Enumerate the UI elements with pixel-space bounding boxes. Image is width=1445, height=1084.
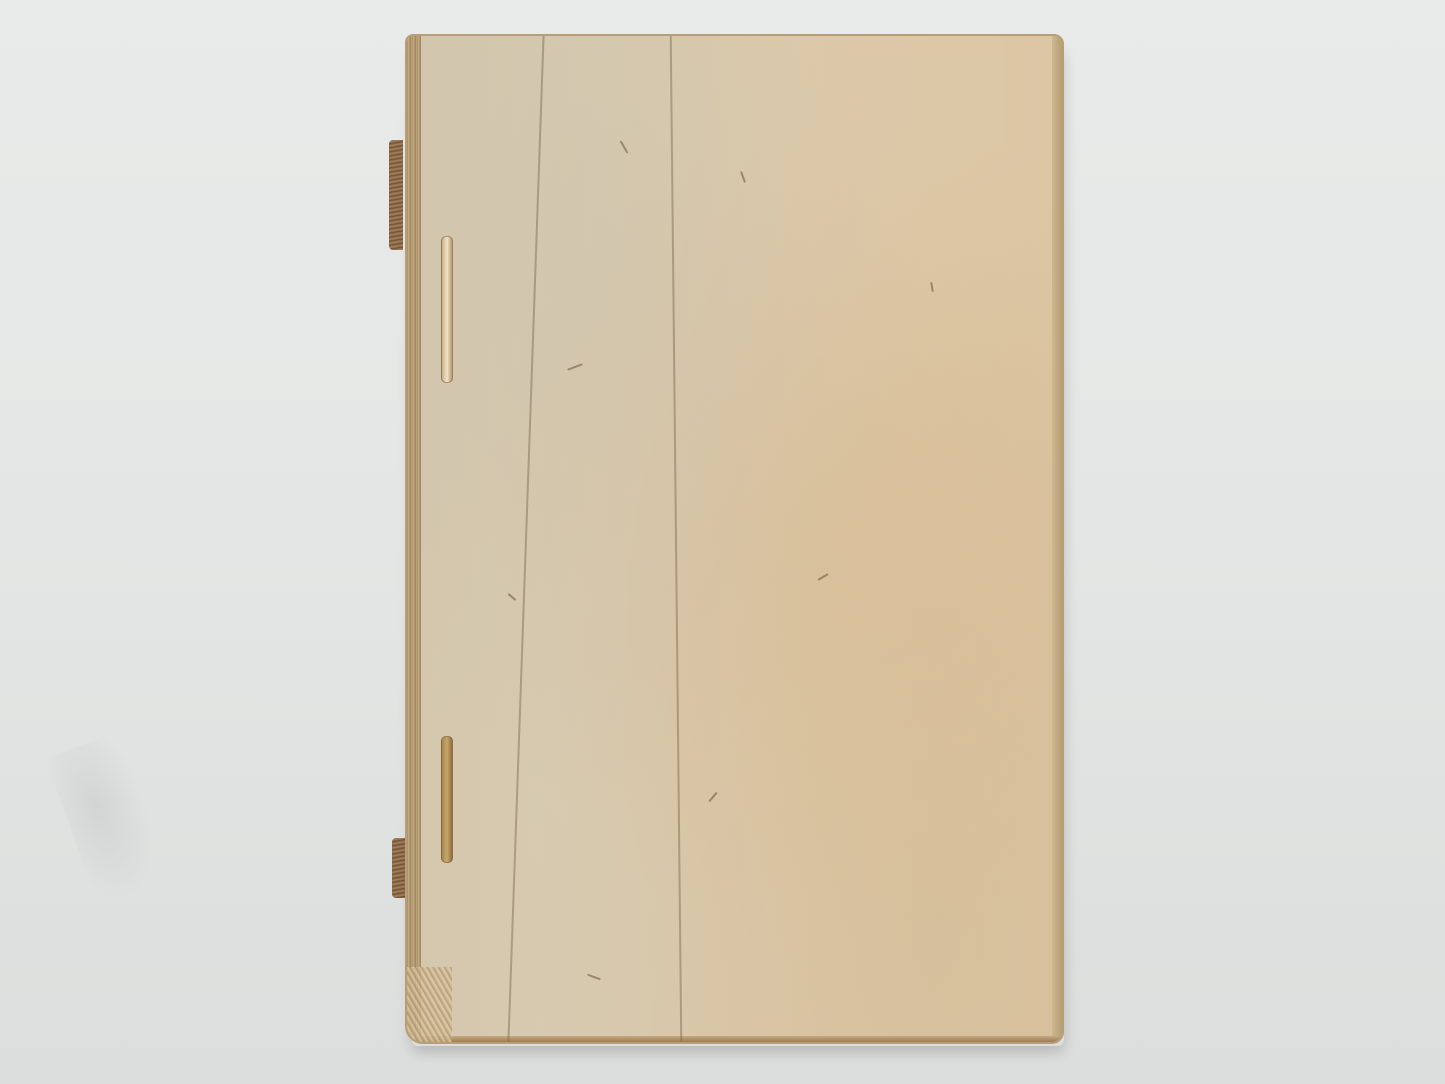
cover-crease (507, 36, 544, 1042)
worn-corner (407, 967, 452, 1042)
paper-fiber (567, 363, 583, 370)
book-cover (405, 34, 1064, 1044)
photo-scene (0, 0, 1445, 1084)
paper-fiber (930, 282, 934, 292)
paper-fiber (508, 593, 517, 601)
paper-fiber (587, 974, 601, 981)
binding-thread-top (389, 140, 403, 250)
binding-stitch-bottom (441, 736, 453, 863)
book-bottom-edge (407, 1036, 1062, 1042)
surface-smudge (45, 731, 175, 909)
paper-fiber (817, 573, 828, 581)
paper-fiber (620, 140, 629, 153)
cover-crease (670, 36, 683, 1042)
book-spine-page-edges (407, 36, 421, 1042)
binding-stitch-top (441, 236, 453, 383)
book-right-edge (1052, 36, 1062, 1042)
paper-fiber (708, 792, 717, 802)
paper-fiber (740, 171, 746, 183)
binding-thread-bottom (392, 838, 406, 898)
